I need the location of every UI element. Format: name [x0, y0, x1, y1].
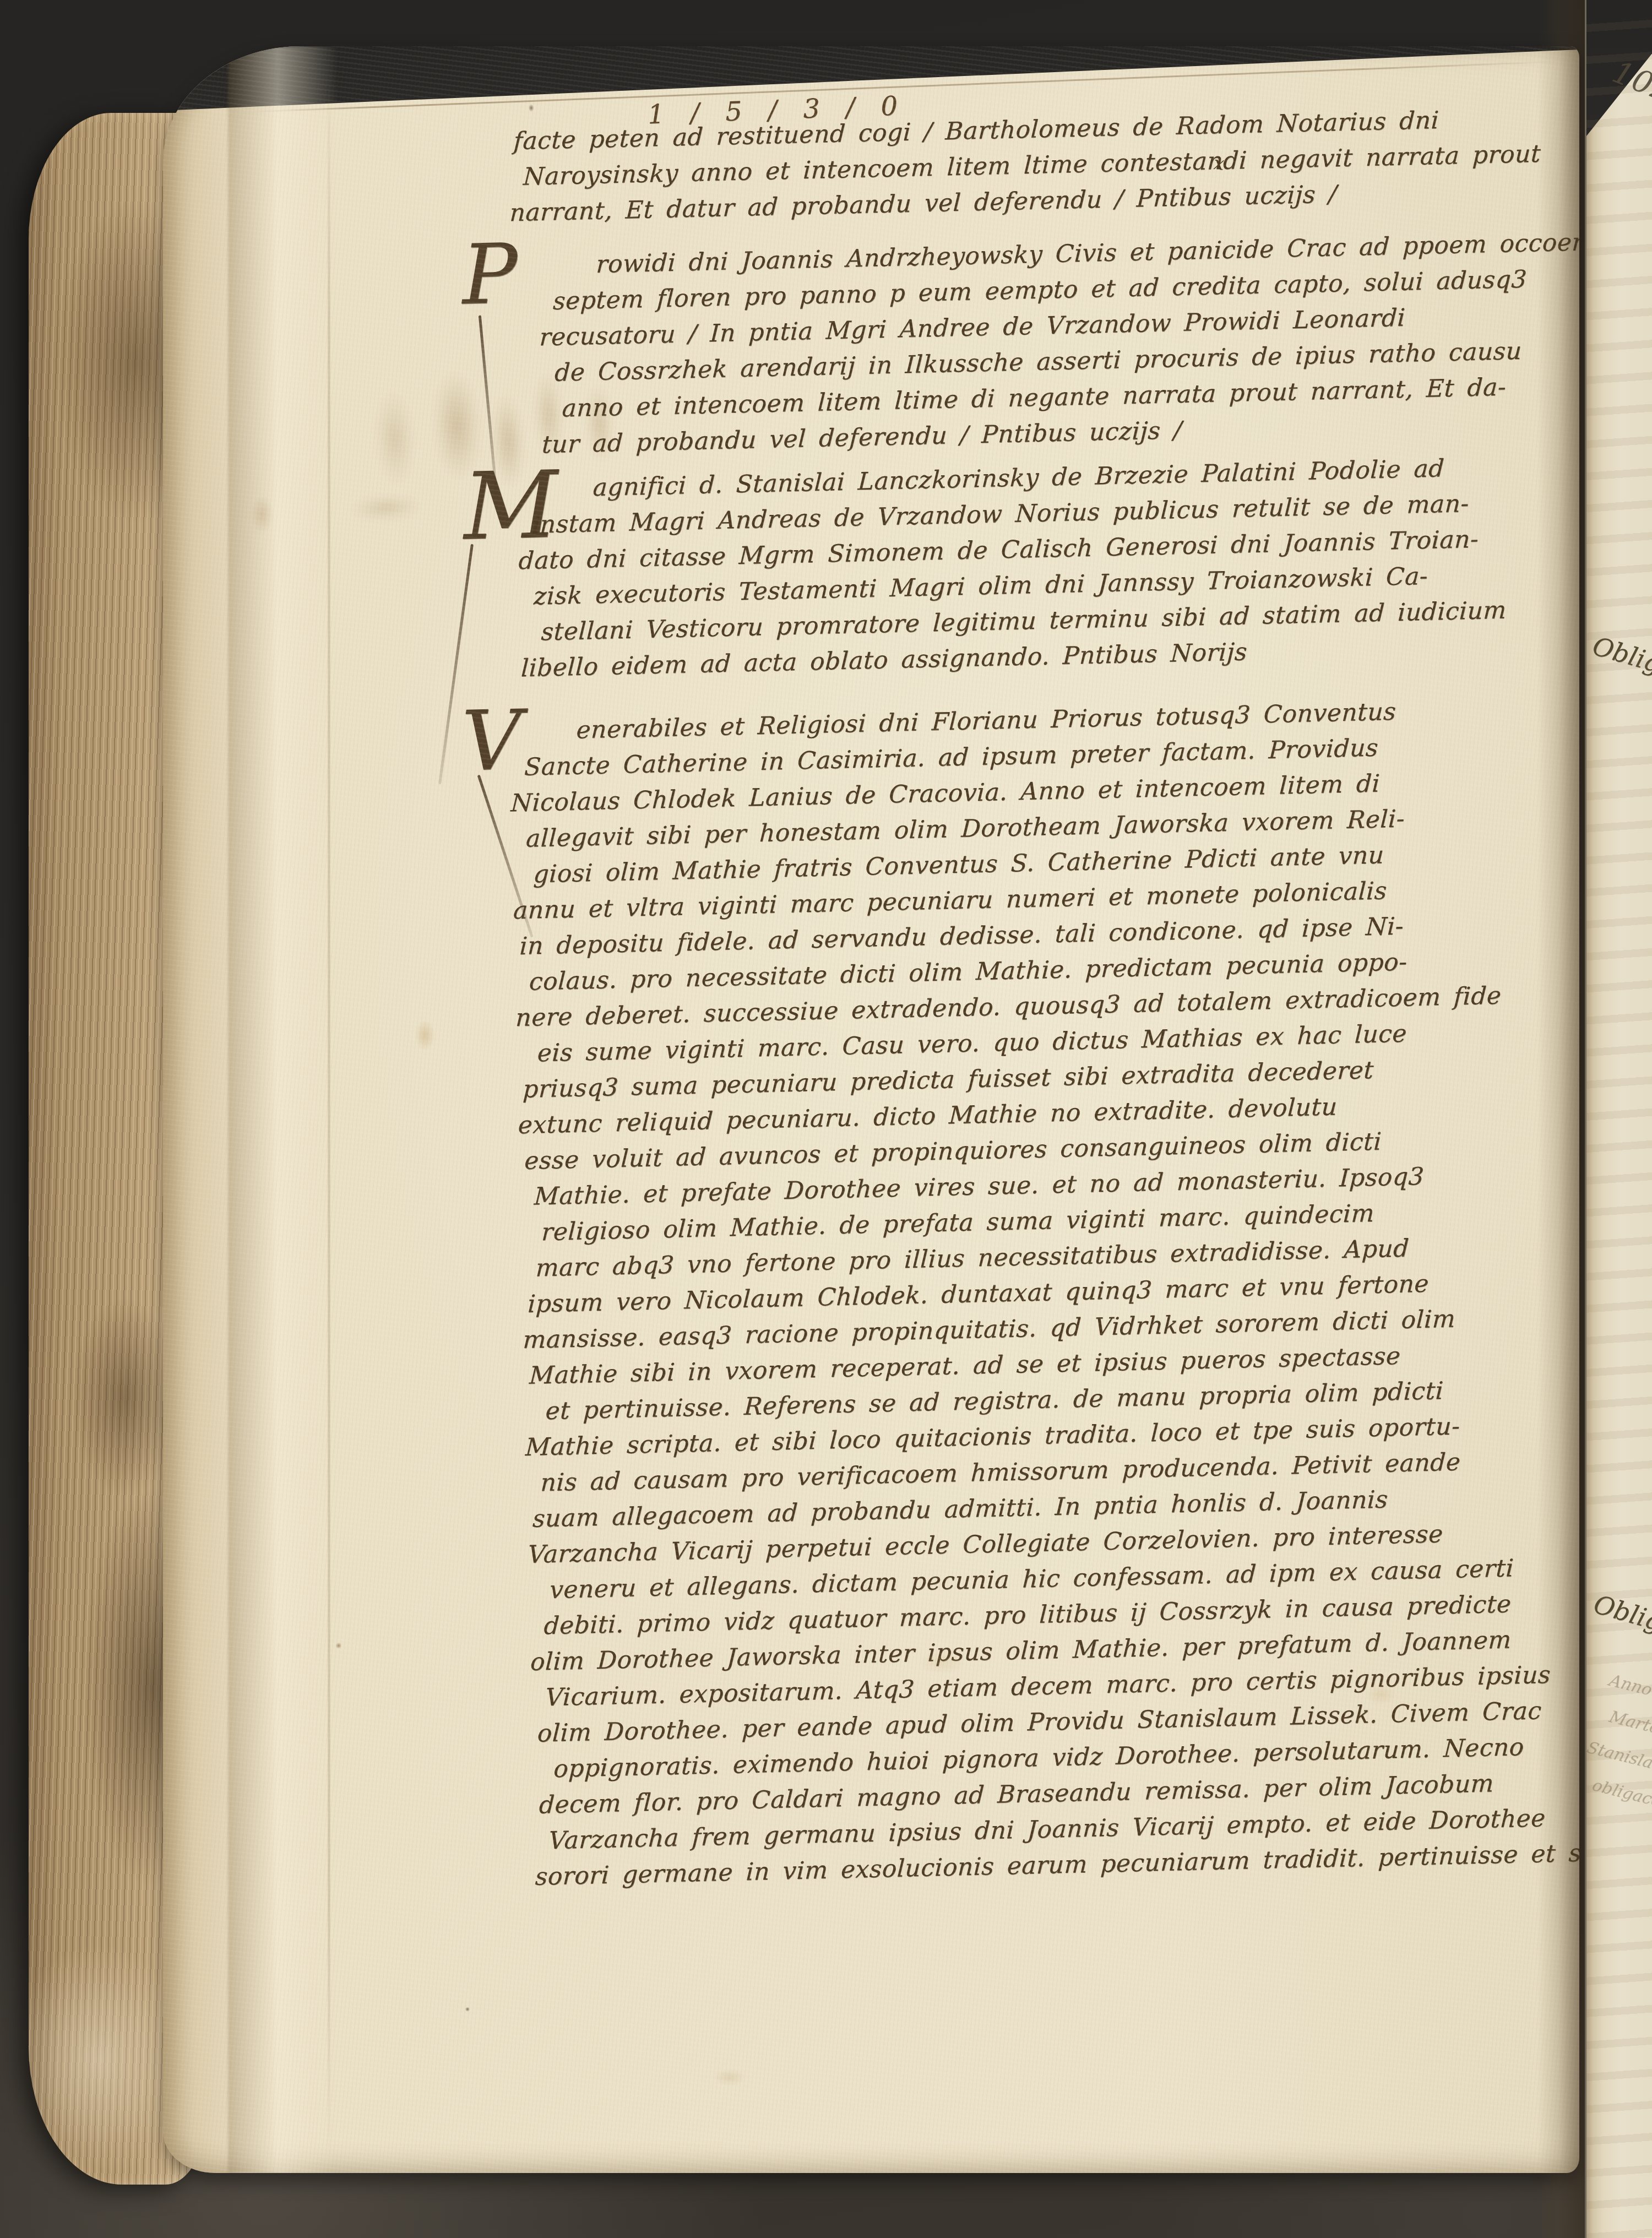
next-page-sliver: 102 Oblig: Oblig: Anno dni 15MartoStanis… — [1585, 0, 1652, 2238]
manuscript-text-line: Marto — [1604, 1700, 1652, 1757]
next-page-top-edge-cut — [1586, 0, 1652, 143]
manuscript-entry: V enerabiles et Religiosi dni Florianu P… — [514, 688, 1579, 1895]
manuscript-entry: facte peten ad restituend cogi / Barthol… — [513, 100, 1542, 231]
margin-note-oblig: Oblig: — [1591, 1591, 1652, 1637]
manuscript-scan: 1 / 5 / 3 / 0 x facte peten ad restituen… — [0, 0, 1652, 2238]
book-gutter-shadow — [1537, 0, 1585, 2238]
manuscript-text-line: obligacoem — [1587, 1768, 1652, 1825]
ghost-show-through-text: Anno dni 15MartoStanislaobligacoem — [1585, 1664, 1652, 1826]
manuscript-text-line: Stanisla — [1585, 1731, 1652, 1791]
entry-initial-letter: V — [461, 699, 523, 783]
manuscript-entry: P rowidi dni Joannis Andrzheyowsky Civis… — [543, 224, 1579, 463]
manuscript-page: 1 / 5 / 3 / 0 x facte peten ad restituen… — [163, 46, 1579, 2173]
manuscript-entry: M agnifici d. Stanislai Lanczkorinsky de… — [522, 449, 1508, 686]
margin-note-oblig: Oblig: — [1590, 633, 1652, 678]
next-page-folio-number: 102 — [1608, 57, 1652, 108]
entry-initial-letter: P — [461, 233, 518, 317]
manuscript-text-line: Anno dni 15 — [1604, 1664, 1652, 1723]
